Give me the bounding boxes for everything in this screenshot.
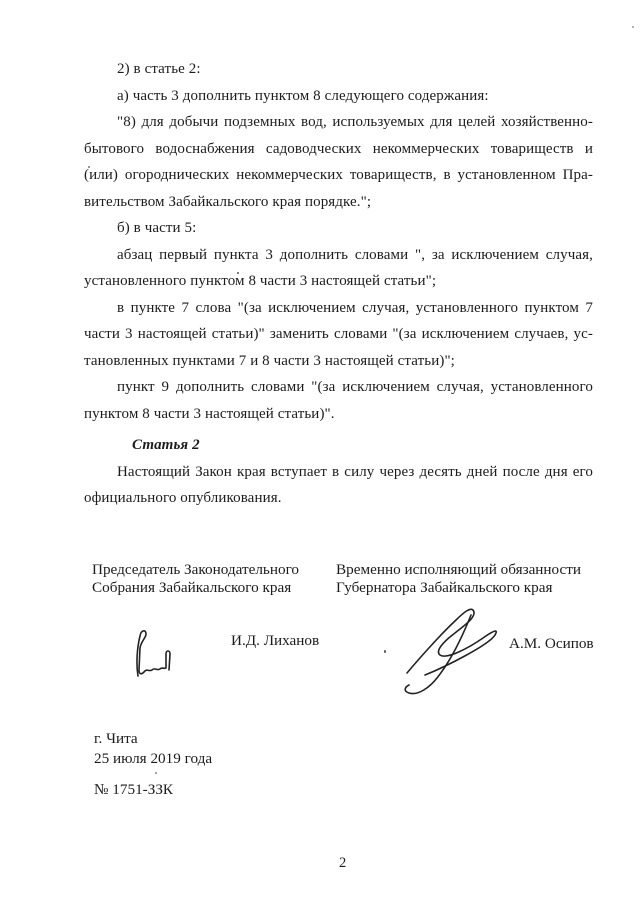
scan-artifact-dot bbox=[384, 650, 386, 653]
footer-city: г. Чита bbox=[94, 729, 212, 749]
body-line: (или) огороднических некоммерческих това… bbox=[84, 162, 593, 189]
chairman-title-line2: Собрания Забайкальского края bbox=[92, 579, 347, 597]
scanned-law-page: 2) в статье 2: а) часть 3 дополнить пунк… bbox=[0, 0, 640, 905]
body-line: в пункте 7 слова "(за исключением случая… bbox=[84, 295, 593, 322]
scan-artifact-dot bbox=[632, 26, 634, 28]
chairman-title-block: Председатель Законодательного Собрания З… bbox=[92, 561, 347, 596]
body-line: тановленных пунктами 7 и 8 части 3 насто… bbox=[84, 348, 593, 375]
chairman-name: И.Д. Лиханов bbox=[231, 632, 319, 650]
body-line: абзац первый пункта 3 дополнить словами … bbox=[84, 242, 593, 269]
doc-number: № 1751-ЗЗК bbox=[94, 781, 173, 799]
governor-title-line2: Губернатора Забайкальского края bbox=[336, 579, 608, 597]
osipov-signature-icon bbox=[385, 595, 510, 705]
likhanov-signature-icon bbox=[128, 626, 176, 682]
article-2-line: официального опубликования. bbox=[84, 485, 593, 512]
body-line: пункт 9 дополнить словами "(за исключени… bbox=[84, 374, 593, 401]
body-line: 2) в статье 2: bbox=[84, 56, 593, 83]
governor-title-line1: Временно исполняющий обязанности bbox=[336, 561, 608, 579]
body-line: бытового водоснабжения садоводческих нек… bbox=[84, 136, 593, 163]
scan-artifact-dot bbox=[88, 166, 90, 168]
footer-place-date: г. Чита 25 июля 2019 года bbox=[94, 729, 212, 768]
body-line: пунктом 8 части 3 настоящей статьи)". bbox=[84, 401, 593, 428]
body-line: вительством Забайкальского края порядке.… bbox=[84, 189, 593, 216]
body-line: части 3 настоящей статьи)" заменить слов… bbox=[84, 321, 593, 348]
article-2-line: Настоящий Закон края вступает в силу чер… bbox=[84, 459, 593, 486]
scan-artifact-dot bbox=[155, 772, 157, 774]
body-line: б) в части 5: bbox=[84, 215, 593, 242]
body-line: "8) для добычи подземных вод, используем… bbox=[84, 109, 593, 136]
article-2-section: Статья 2 Настоящий Закон края вступает в… bbox=[84, 432, 593, 512]
body-line: установленного пунктом 8 части 3 настоящ… bbox=[84, 268, 593, 295]
footer-date: 25 июля 2019 года bbox=[94, 749, 212, 769]
body-line: а) часть 3 дополнить пунктом 8 следующег… bbox=[84, 83, 593, 110]
page-number: 2 bbox=[339, 855, 346, 872]
chairman-title-line1: Председатель Законодательного bbox=[92, 561, 347, 579]
article-2-heading: Статья 2 bbox=[84, 432, 593, 459]
amendments-section: 2) в статье 2: а) часть 3 дополнить пунк… bbox=[84, 56, 593, 427]
governor-title-block: Временно исполняющий обязанности Губерна… bbox=[336, 561, 608, 596]
scan-artifact-dot bbox=[237, 272, 239, 274]
governor-name: А.М. Осипов bbox=[509, 635, 594, 653]
